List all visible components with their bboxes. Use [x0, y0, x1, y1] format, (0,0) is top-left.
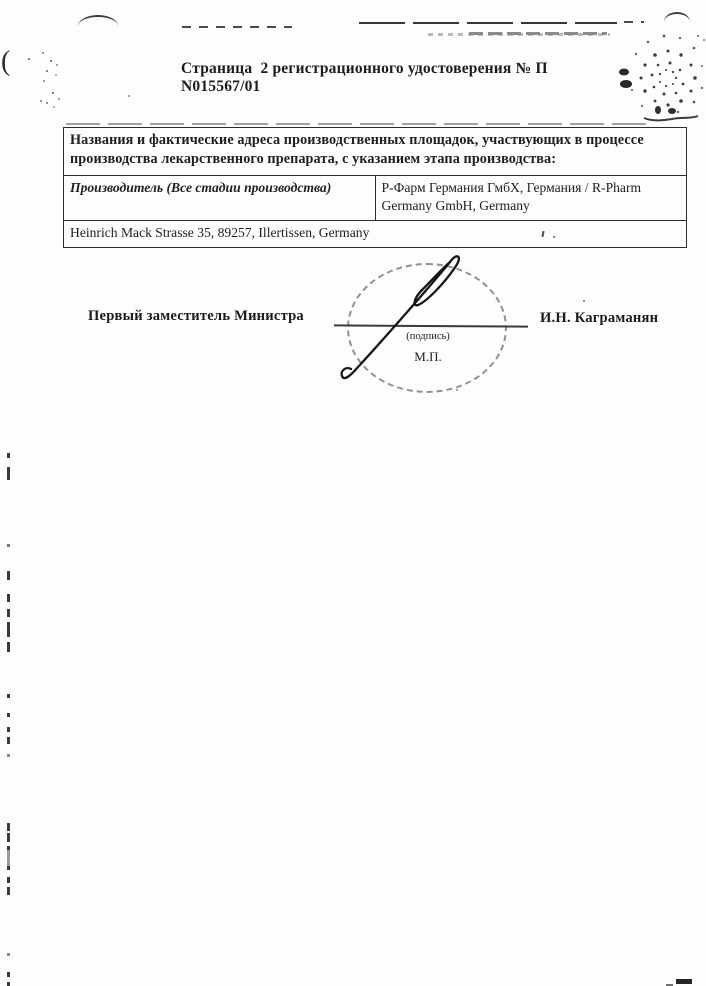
scan-faint-noise-dark — [469, 32, 607, 35]
scan-dash-row-end — [624, 21, 644, 23]
address-row: Heinrich Mack Strasse 35, 89257, Illerti… — [64, 221, 687, 248]
binding-marks — [5, 0, 13, 986]
manufacturing-sites-table: Названия и фактические адреса производст… — [63, 127, 687, 248]
scan-corner-blot — [676, 979, 692, 984]
page-title: Страница 2 регистрационного удостоверени… — [181, 60, 621, 96]
producer-value-cell: Р-Фарм Германия ГмбХ, Германия / R-Pharm… — [375, 176, 687, 221]
scan-arc-mark-right — [664, 12, 690, 22]
handwritten-signature — [330, 245, 490, 395]
scan-ghost-line — [66, 123, 654, 125]
address-cell: Heinrich Mack Strasse 35, 89257, Illerti… — [64, 221, 687, 248]
scanned-certificate-page: ( — [0, 0, 706, 986]
scan-dash-row-long — [359, 22, 617, 24]
scan-specks-topleft — [28, 58, 30, 60]
producer-label-cell: Производитель (Все стадии производства) — [64, 176, 376, 221]
signer-title: Первый заместитель Министра — [88, 308, 304, 325]
scan-arc-mark-left — [78, 15, 118, 26]
scan-dash-row-left — [182, 26, 292, 28]
stamp-artifact — [614, 26, 706, 122]
producer-row: Производитель (Все стадии производства) … — [64, 176, 687, 221]
signer-name: И.Н. Каграманян — [540, 310, 658, 327]
table-header-row: Названия и фактические адреса производст… — [64, 128, 687, 176]
table-header-cell: Названия и фактические адреса производст… — [64, 128, 687, 176]
